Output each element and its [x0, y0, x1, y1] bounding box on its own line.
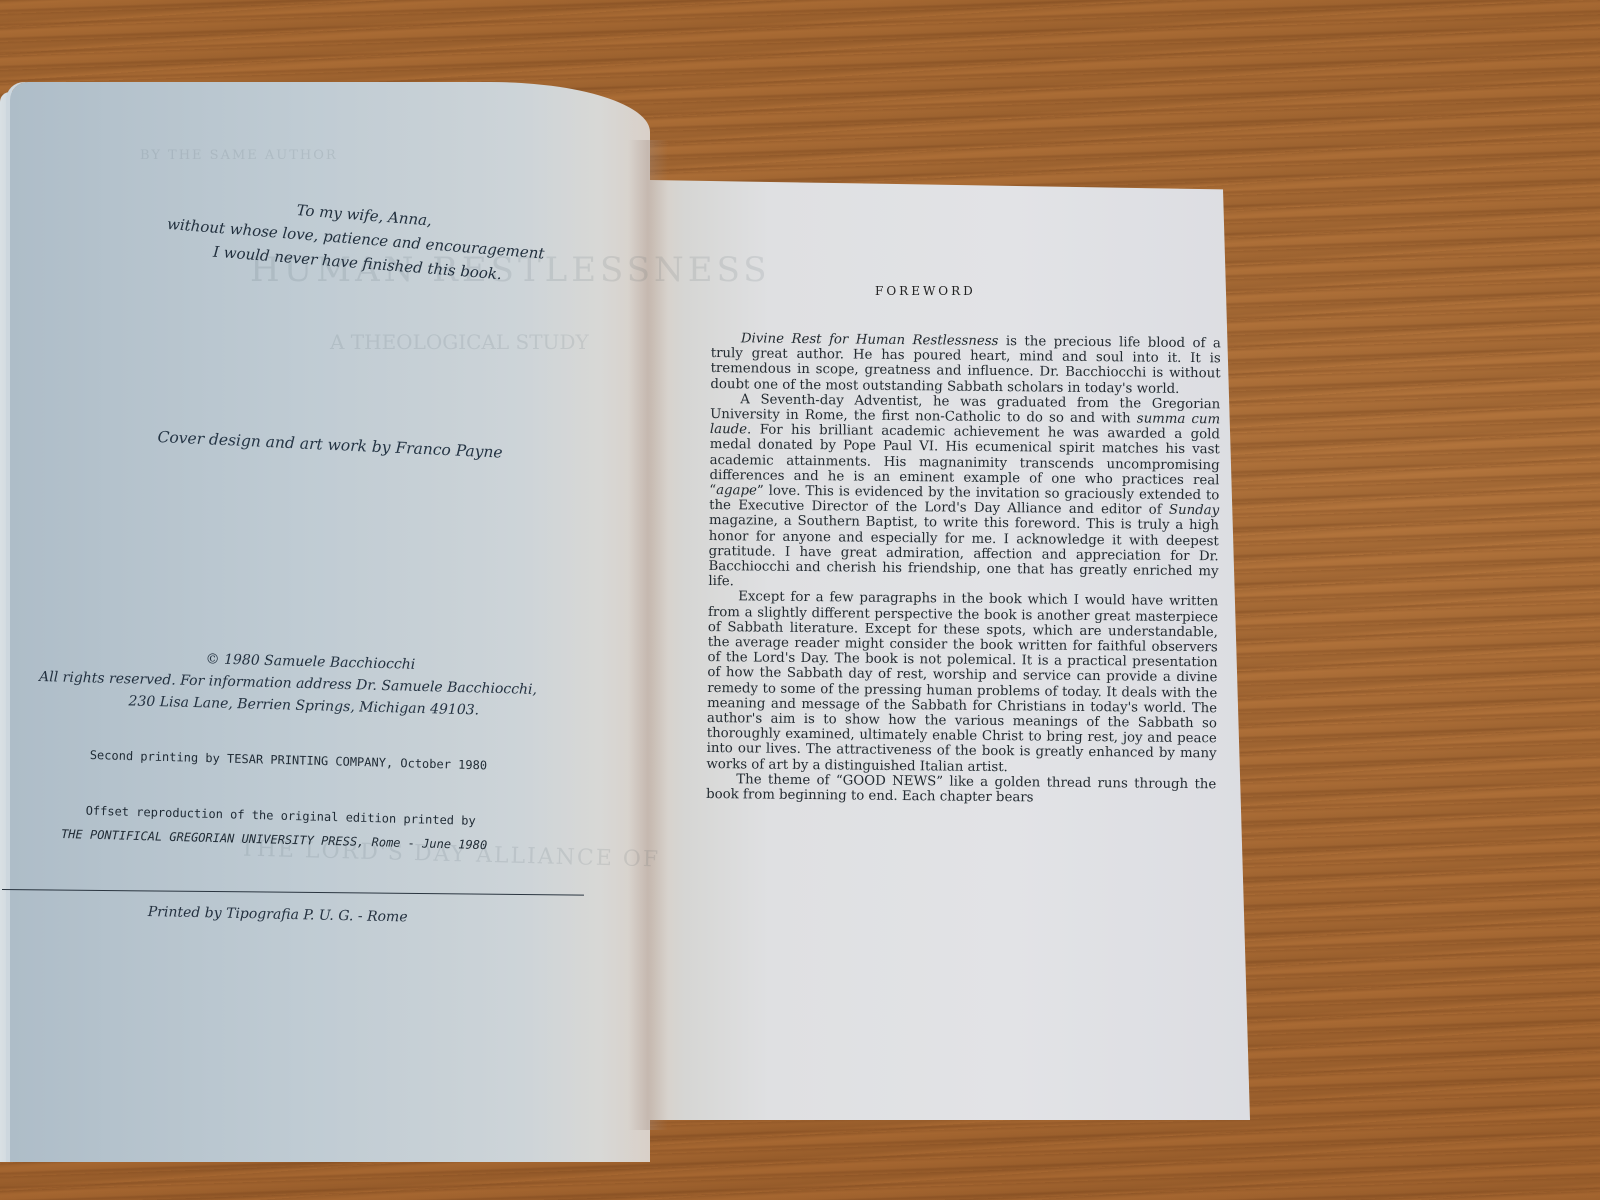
foreword-paragraph: A Seventh-day Adventist, he was graduate… [708, 392, 1220, 595]
foreword-body: Divine Rest for Human Restlessness is th… [706, 331, 1221, 808]
foreword-paragraph: Divine Rest for Human Restlessness is th… [710, 331, 1221, 397]
show-through-text: A THEOLOGICAL STUDY [330, 330, 589, 354]
paragraph-text: ” love. This is evidenced by the invitat… [709, 484, 1219, 519]
paragraph-text: Except for a few paragraphs in the book … [706, 590, 1218, 775]
foreword-paragraph: Except for a few paragraphs in the book … [706, 589, 1218, 777]
copyright-notice: © 1980 Samuele Bacchiocchi All rights re… [38, 644, 538, 723]
paragraph-text: magazine, a Southern Baptist, to write t… [708, 513, 1219, 589]
italic-phrase: Sunday [1169, 503, 1219, 519]
italic-phrase: agape [716, 483, 757, 498]
paragraph-text: The theme of “GOOD NEWS” like a golden t… [706, 772, 1216, 805]
show-through-text: BY THE SAME AUTHOR [140, 148, 338, 163]
foreword-title: FOREWORD [875, 284, 976, 298]
foreword-paragraph: The theme of “GOOD NEWS” like a golden t… [706, 772, 1216, 808]
